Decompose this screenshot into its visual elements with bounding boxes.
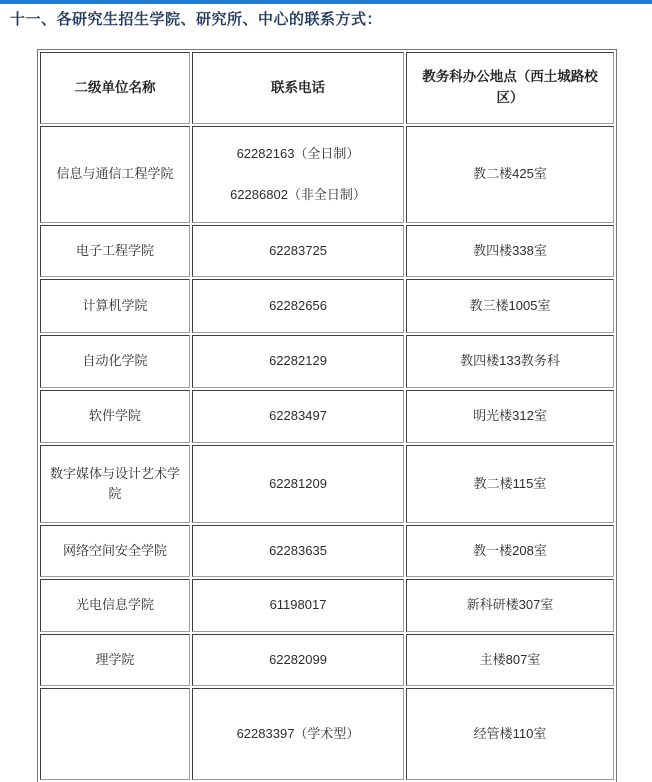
- location-cell: 主楼807室: [406, 634, 614, 686]
- phone-cell: 62283497: [192, 390, 404, 443]
- table-row: 电子工程学院 62283725 教四楼338室: [40, 225, 614, 277]
- phone-cell: 62282129: [192, 335, 404, 388]
- phone-cell: 62281209: [192, 445, 404, 523]
- table-row: 自动化学院 62282129 教四楼133教务科: [40, 335, 614, 388]
- header-unit-name: 二级单位名称: [40, 52, 190, 124]
- unit-name-cell: 信息与通信工程学院: [40, 126, 190, 223]
- unit-name-cell: 光电信息学院: [40, 579, 190, 632]
- phone-cell: 62283397（学术型）: [192, 688, 404, 780]
- table-row: 网络空间安全学院 62283635 教一楼208室: [40, 525, 614, 577]
- unit-name-cell: [40, 688, 190, 780]
- contact-table-container: 二级单位名称 联系电话 教务科办公地点（西土城路校区） 信息与通信工程学院 62…: [37, 49, 652, 782]
- page-title: 十一、各研究生招生学院、研究所、中心的联系方式：: [10, 8, 652, 29]
- unit-name-cell: 自动化学院: [40, 335, 190, 388]
- location-cell: 教四楼338室: [406, 225, 614, 277]
- header-phone: 联系电话: [192, 52, 404, 124]
- table-row: 光电信息学院 61198017 新科研楼307室: [40, 579, 614, 632]
- location-cell: 经管楼110室: [406, 688, 614, 780]
- phone-line: 62282163（全日制）: [201, 144, 395, 164]
- location-cell: 教四楼133教务科: [406, 335, 614, 388]
- unit-name-cell: 软件学院: [40, 390, 190, 443]
- unit-name-cell: 数字媒体与设计艺术学院: [40, 445, 190, 523]
- phone-cell: 61198017: [192, 579, 404, 632]
- table-row: 理学院 62282099 主楼807室: [40, 634, 614, 686]
- location-cell: 教二楼425室: [406, 126, 614, 223]
- phone-cell: 62283725: [192, 225, 404, 277]
- contact-table: 二级单位名称 联系电话 教务科办公地点（西土城路校区） 信息与通信工程学院 62…: [37, 49, 617, 782]
- phone-cell: 62282163（全日制） 62286802（非全日制）: [192, 126, 404, 223]
- table-header-row: 二级单位名称 联系电话 教务科办公地点（西土城路校区）: [40, 52, 614, 124]
- unit-name-cell: 网络空间安全学院: [40, 525, 190, 577]
- unit-name-cell: 电子工程学院: [40, 225, 190, 277]
- location-cell: 明光楼312室: [406, 390, 614, 443]
- phone-cell: 62283635: [192, 525, 404, 577]
- table-row: 计算机学院 62282656 教三楼1005室: [40, 279, 614, 333]
- unit-name-cell: 计算机学院: [40, 279, 190, 333]
- unit-name-cell: 理学院: [40, 634, 190, 686]
- header-location: 教务科办公地点（西土城路校区）: [406, 52, 614, 124]
- phone-cell: 62282099: [192, 634, 404, 686]
- table-row: 数字媒体与设计艺术学院 62281209 教二楼115室: [40, 445, 614, 523]
- phone-line: 62286802（非全日制）: [201, 185, 395, 205]
- top-accent-bar: [0, 0, 652, 4]
- location-cell: 教二楼115室: [406, 445, 614, 523]
- table-row: 软件学院 62283497 明光楼312室: [40, 390, 614, 443]
- table-row: 62283397（学术型） 经管楼110室: [40, 688, 614, 780]
- location-cell: 教一楼208室: [406, 525, 614, 577]
- table-row: 信息与通信工程学院 62282163（全日制） 62286802（非全日制） 教…: [40, 126, 614, 223]
- phone-cell: 62282656: [192, 279, 404, 333]
- location-cell: 新科研楼307室: [406, 579, 614, 632]
- location-cell: 教三楼1005室: [406, 279, 614, 333]
